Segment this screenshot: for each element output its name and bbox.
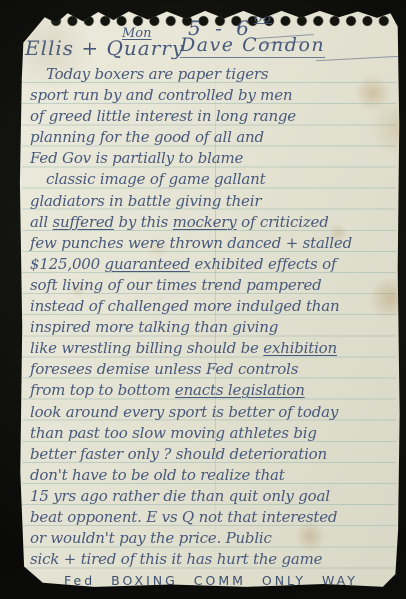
- note-line: gladiators in battle giving their: [30, 191, 396, 212]
- note-line: all suffered by this mockery of criticiz…: [30, 212, 396, 233]
- note-line: planning for the good of all and: [30, 127, 396, 148]
- note-line: look around every sport is better of tod…: [30, 402, 396, 423]
- note-line: $125,000 guaranteed exhibited effects of: [30, 254, 396, 275]
- note-line: of greed little interest in long range: [30, 106, 396, 127]
- note-byline: Dave Condon: [180, 34, 325, 58]
- note-line: Fed Gov is partially to blame: [30, 148, 396, 169]
- note-line: classic image of game gallant: [30, 169, 396, 190]
- note-line: sick + tired of this it has hurt the gam…: [30, 549, 396, 570]
- note-line: Today boxers are paper tigers: [30, 64, 396, 85]
- note-line: instead of challenged more indulged than: [30, 296, 396, 317]
- note-line: inspired more talking than giving: [30, 317, 396, 338]
- note-line: soft living of our times trend pampered: [30, 275, 396, 296]
- note-line: than past too slow moving athletes big: [30, 423, 396, 444]
- note-line: beat opponent. E vs Q not that intereste…: [30, 507, 396, 528]
- note-line: foresees demise unless Fed controls: [30, 359, 396, 380]
- note-line: few punches were thrown danced + stalled: [30, 233, 396, 254]
- pen-scribble: [316, 56, 400, 61]
- note-line: like wrestling billing should be exhibit…: [30, 338, 396, 359]
- note-line: from top to bottom enacts legislation: [30, 380, 396, 401]
- note-line: 15 yrs ago rather die than quit only goa…: [30, 486, 396, 507]
- note-line: or wouldn't pay the price. Public: [30, 528, 396, 549]
- notebook-page: Mon 5 - 6 68 Ellis + Quarry Dave Condon …: [18, 8, 400, 588]
- note-body: Today boxers are paper tigerssport run b…: [30, 64, 396, 591]
- note-subject: Ellis + Quarry: [25, 36, 184, 60]
- note-line: don't have to be old to realize that: [30, 465, 396, 486]
- note-line: better faster only ? should deterioratio…: [30, 444, 396, 465]
- note-line: sport run by and controlled by men: [30, 85, 396, 106]
